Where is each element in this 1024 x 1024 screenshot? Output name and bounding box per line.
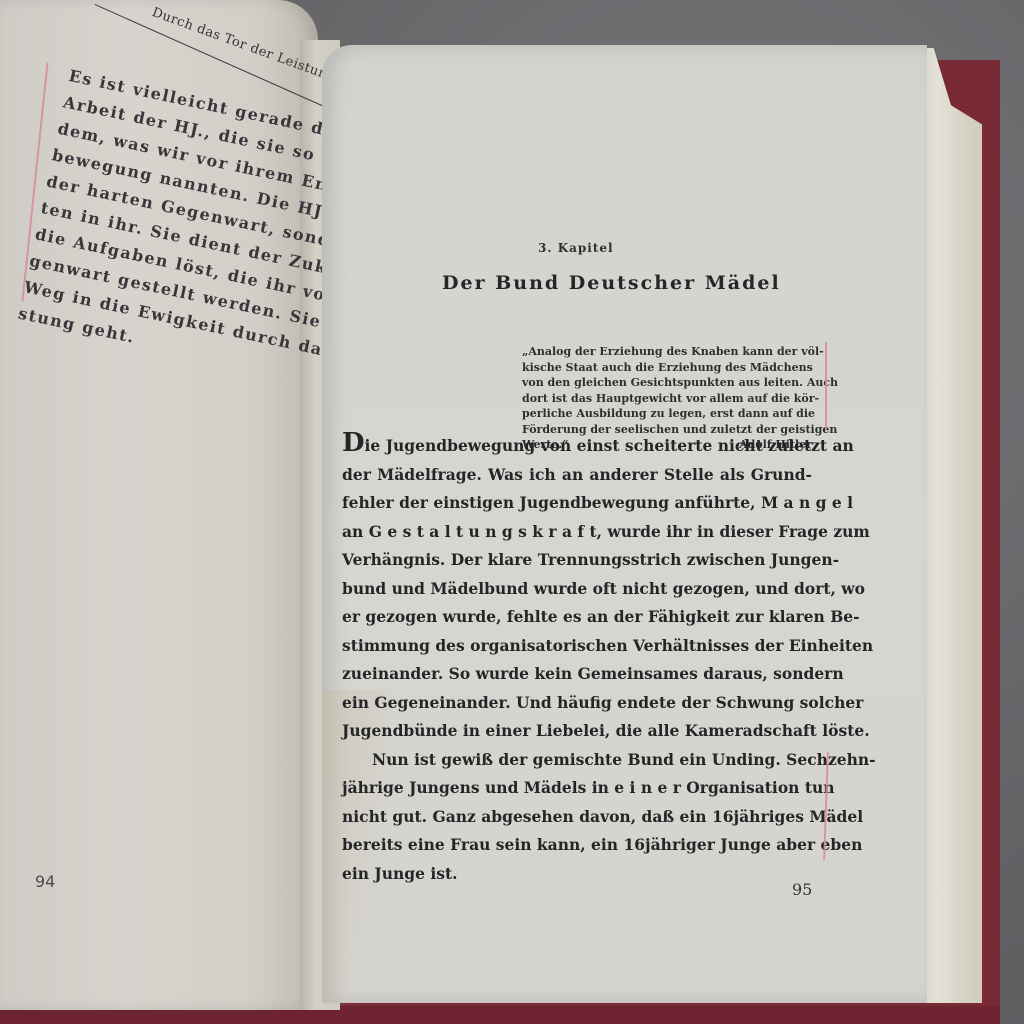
body-line: nicht gut. Ganz abgesehen davon, daß ein… <box>342 803 812 832</box>
body-line: zueinander. So wurde kein Gemeinsames da… <box>342 660 812 689</box>
drop-cap: D <box>342 428 365 458</box>
body-line: ein Gegeneinander. Und häufig endete der… <box>342 689 812 718</box>
epigraph-line: kische Staat auch die Erziehung des Mädc… <box>522 360 812 376</box>
chapter-label: 3. Kapitel <box>538 241 614 255</box>
left-page-number: 94 <box>35 872 55 891</box>
chapter-title: Der Bund Deutscher Mädel <box>442 272 781 294</box>
epigraph-line: perliche Ausbildung zu legen, erst dann … <box>522 406 812 422</box>
body-line: bereits eine Frau sein kann, ein 16jähri… <box>342 831 812 860</box>
epigraph-line: von den gleichen Gesichtspunkten aus lei… <box>522 375 812 391</box>
body-line: Nun ist gewiß der gemischte Bund ein Und… <box>342 746 812 775</box>
body-line: fehler der einstigen Jugendbewegung anfü… <box>342 489 812 518</box>
body-line: Jugendbünde in einer Liebelei, die alle … <box>342 717 812 746</box>
body-line: jährige Jungens und Mädels in e i n e r … <box>342 774 812 803</box>
epigraph-margin-pencil-mark <box>825 342 827 430</box>
body-line: bund und Mädelbund wurde oft nicht gezog… <box>342 575 812 604</box>
epigraph-line: „Analog der Erziehung des Knaben kann de… <box>522 344 812 360</box>
epigraph-line: dort ist das Hauptgewicht vor allem auf … <box>522 391 812 407</box>
body-line: stimmung des organisatorischen Verhältni… <box>342 632 812 661</box>
body-line: an G e s t a l t u n g s k r a f t, wurd… <box>342 518 812 547</box>
body-line: der Mädelfrage. Was ich an anderer Stell… <box>342 461 812 490</box>
chapter-body: Die Jugendbewegung von einst scheiterte … <box>342 432 812 888</box>
page-block-edges <box>920 48 982 1003</box>
body-line: ein Junge ist. <box>342 860 812 889</box>
body-line: er gezogen wurde, fehlte es an der Fähig… <box>342 603 812 632</box>
body-line: Verhängnis. Der klare Trennungsstrich zw… <box>342 546 812 575</box>
body-line: Die Jugendbewegung von einst scheiterte … <box>342 432 812 461</box>
right-page-number: 95 <box>792 880 812 899</box>
